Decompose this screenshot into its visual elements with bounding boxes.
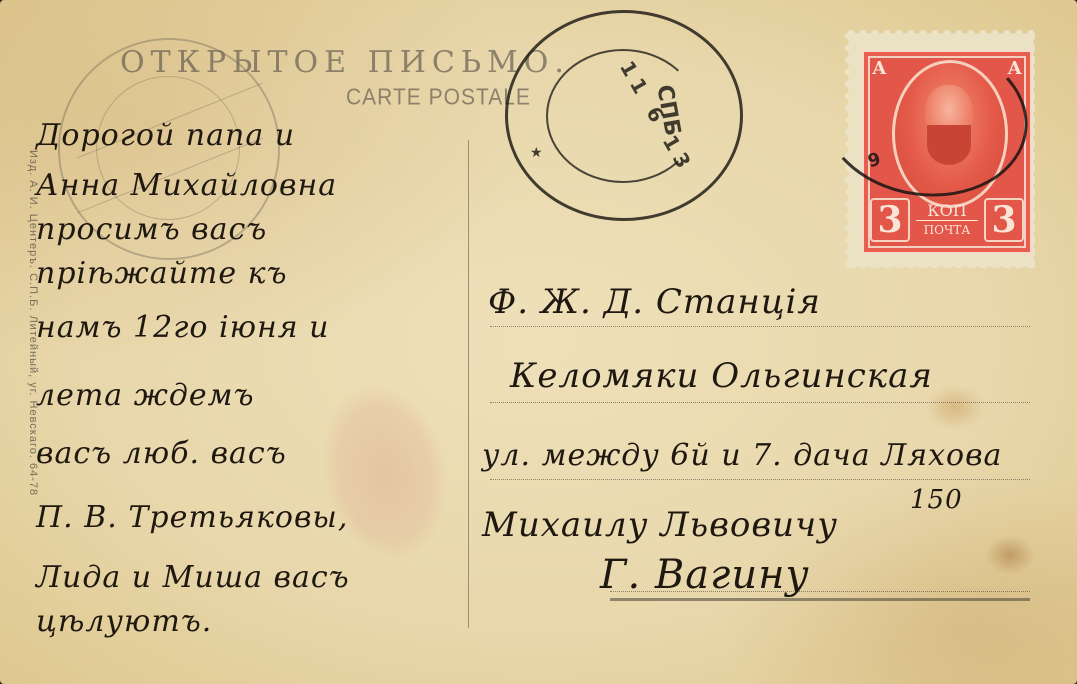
address-line-text: Михаилу Львовичу: [482, 505, 838, 545]
house-number: 150: [910, 485, 963, 515]
address-line: [490, 479, 1030, 480]
message-line: Дорогой папа и: [36, 118, 295, 153]
star-icon: ★: [530, 145, 543, 162]
message-line: намъ 12го iюня и: [36, 310, 329, 345]
date-postmark: 11 6 13 СПБ ★: [505, 10, 743, 221]
stamp-currency: КОП: [916, 202, 978, 221]
address-line-text: Келомяки Ольгинская: [510, 356, 933, 396]
message-line: Анна Михайловна: [36, 168, 337, 203]
address-line: [490, 326, 1030, 327]
fingerprint-stain: [308, 374, 462, 570]
stamp-denomination: 3: [984, 198, 1024, 242]
message-address-divider: [468, 140, 469, 628]
address-line: [490, 402, 1030, 403]
message-line: Лида и Миша васъ: [36, 560, 350, 595]
address-line-text: ул. между 6й и 7. дача Ляхова: [482, 438, 1002, 473]
stamp-corner-letter: А: [1007, 58, 1022, 79]
postcard-title-french: CARTE POSTALE: [346, 85, 531, 111]
stamp-label: ПОЧТА: [916, 222, 978, 238]
address-line-text: Ф. Ж. Д. Станцiя: [488, 282, 821, 322]
brown-stain: [925, 385, 985, 430]
brown-stain: [985, 535, 1035, 575]
message-line: цѣлуютъ.: [36, 604, 212, 639]
postcard-title-russian: ОТКРЫТОЕ ПИСЬМО.: [120, 45, 570, 80]
message-line: прiѣжайте къ: [36, 256, 288, 291]
postcard: ОТКРЫТОЕ ПИСЬМО. CARTE POSTALE Изд. А. И…: [0, 0, 1077, 684]
message-line: лета ждемъ: [36, 378, 254, 413]
message-line: П. В. Третьяковы,: [36, 500, 348, 535]
stamp-denomination: 3: [870, 198, 910, 242]
message-line: васъ люб. васъ: [36, 436, 287, 471]
address-line-text: Г. Вагину: [600, 552, 810, 598]
message-line: просимъ васъ: [36, 212, 267, 247]
address-underline-bar: [610, 598, 1030, 601]
